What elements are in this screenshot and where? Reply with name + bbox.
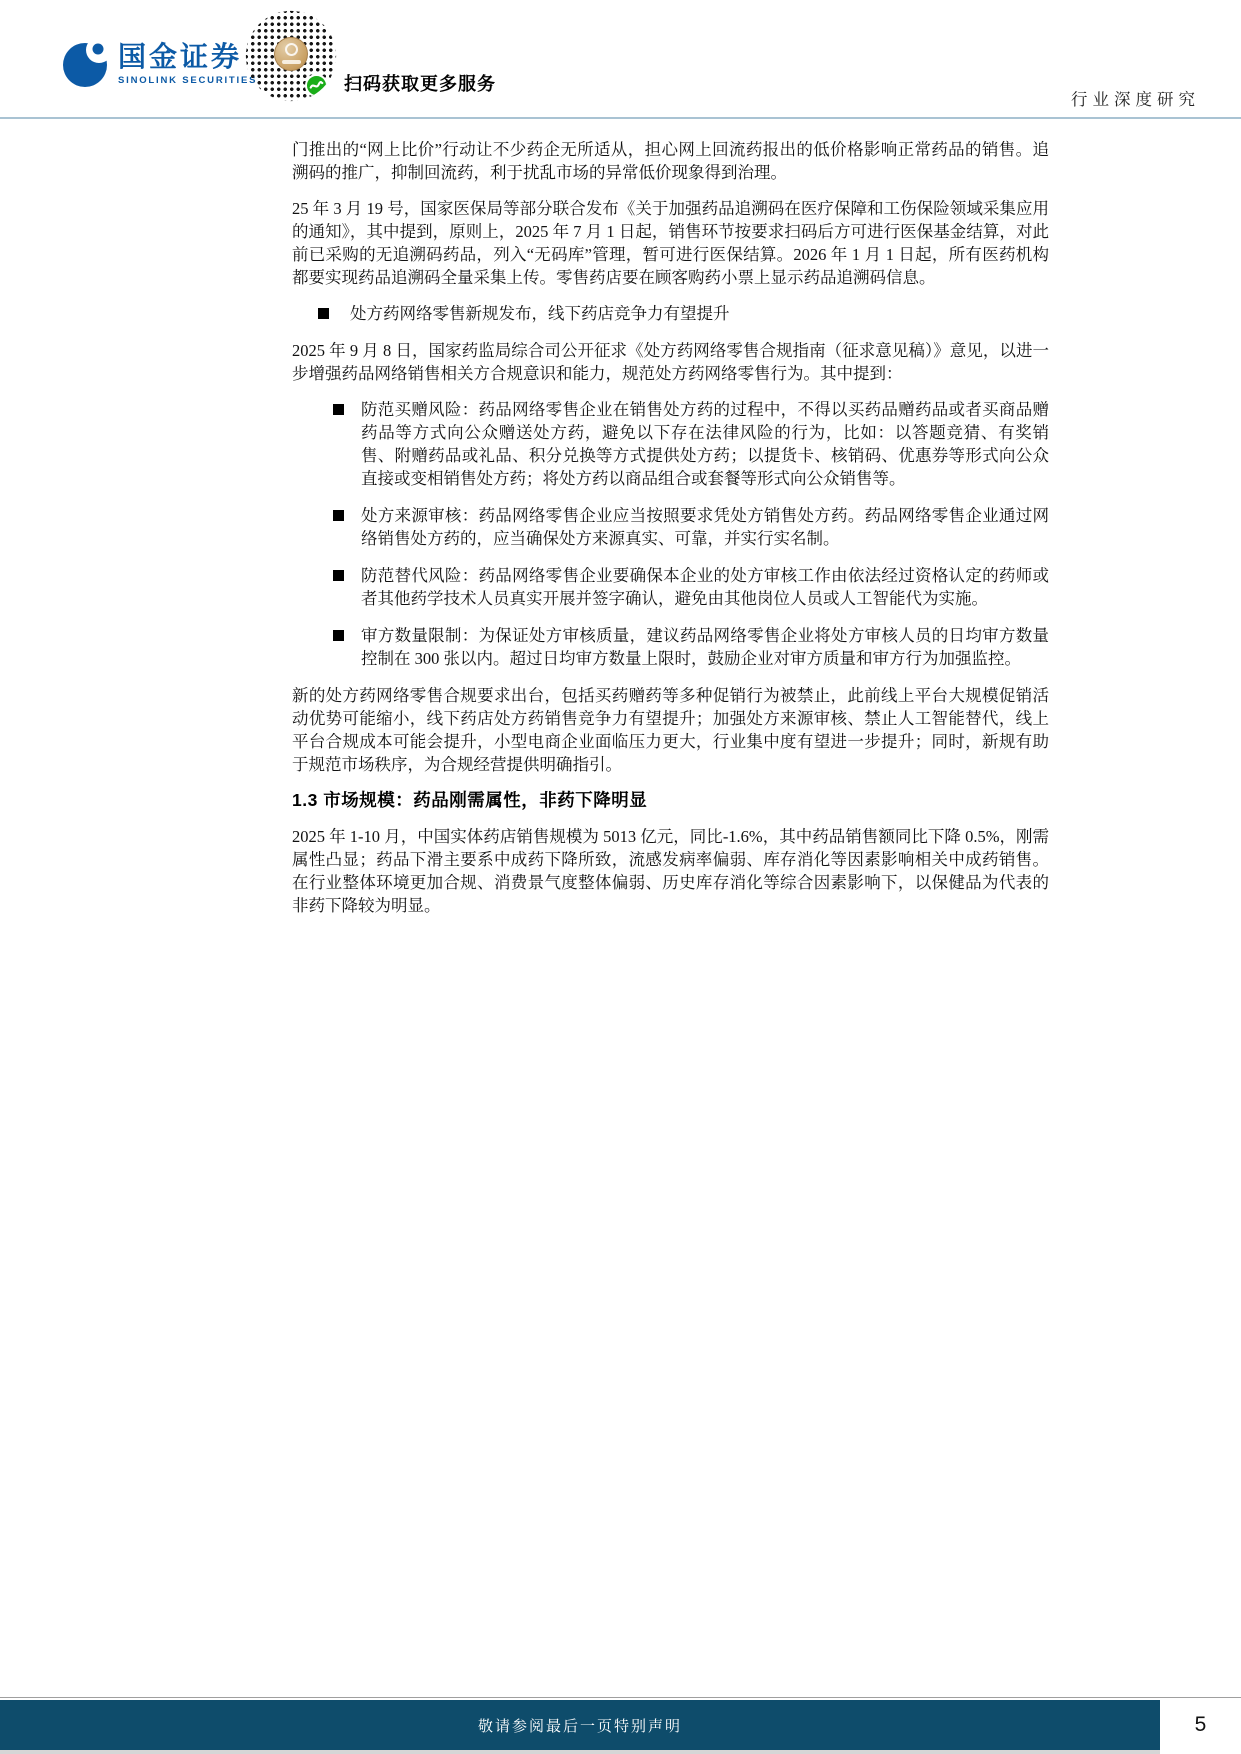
sub-bullet-row: 防范买赠风险：药品网络零售企业在销售处方药的过程中，不得以买药品赠药品或者买商品… [292,398,1049,490]
header-rule [0,117,1241,119]
wechat-icon [305,74,328,97]
sub-bullet-text: 处方来源审核：药品网络零售企业应当按照要求凭处方销售处方药。药品网络零售企业通过… [361,504,1049,550]
paragraph-carryover: 门推出的“网上比价”行动让不少药企无所适从，担心网上回流药报出的低价格影响正常药… [292,138,1049,184]
bullet-heading-row: 处方药网络零售新规发布，线下药店竞争力有望提升 [292,302,1049,325]
paragraph-guideline-intro: 2025 年 9 月 8 日，国家药监局综合司公开征求《处方药网络零售合规指南（… [292,339,1049,385]
sub-bullet-text: 防范买赠风险：药品网络零售企业在销售处方药的过程中，不得以买药品赠药品或者买商品… [361,398,1049,490]
footer-bar: 敬请参阅最后一页特别声明 [0,1700,1160,1750]
paragraph-market-size: 2025 年 1-10 月，中国实体药店销售规模为 5013 亿元，同比-1.6… [292,825,1049,917]
square-bullet-icon [318,308,329,319]
sinolink-logo-icon [62,40,110,88]
report-body: 门推出的“网上比价”行动让不少药企无所适从，担心网上回流药报出的低价格影响正常药… [292,138,1049,930]
report-page: 国金证券 SINOLINK SECURITIES 扫码获取更多服务 行业深度研究… [0,0,1241,1754]
qr-center-bar [282,60,301,64]
page-number: 5 [1160,1700,1241,1750]
logo-name-cn: 国金证券 [118,42,257,72]
qr-code-icon [243,8,339,104]
qr-center-logo-icon [274,37,308,71]
square-bullet-icon [333,570,344,581]
footer-rule [0,1697,1241,1698]
sub-bullet-text: 防范替代风险：药品网络零售企业要确保本企业的处方审核工作由依法经过资格认定的药师… [361,564,1049,610]
logo-name-en: SINOLINK SECURITIES [118,75,257,86]
sub-bullet-text: 审方数量限制：为保证处方审核质量，建议药品网络零售企业将处方审核人员的日均审方数… [361,624,1049,670]
footer-strip [0,1750,1160,1754]
qr-caption: 扫码获取更多服务 [344,70,496,96]
sub-bullet-row: 审方数量限制：为保证处方审核质量，建议药品网络零售企业将处方审核人员的日均审方数… [292,624,1049,670]
square-bullet-icon [333,630,344,641]
sinolink-logo: 国金证券 SINOLINK SECURITIES [62,40,257,88]
square-bullet-icon [333,510,344,521]
logo-text: 国金证券 SINOLINK SECURITIES [118,40,257,86]
sub-bullet-row: 防范替代风险：药品网络零售企业要确保本企业的处方审核工作由依法经过资格认定的药师… [292,564,1049,610]
paragraph-impact: 新的处方药网络零售合规要求出台，包括买药赠药等多种促销行为被禁止，此前线上平台大… [292,684,1049,776]
footer-disclaimer: 敬请参阅最后一页特别声明 [478,1715,682,1736]
section-heading: 1.3 市场规模：药品刚需属性，非药下降明显 [292,789,1049,812]
sub-bullet-row: 处方来源审核：药品网络零售企业应当按照要求凭处方销售处方药。药品网络零售企业通过… [292,504,1049,550]
bullet-heading-text: 处方药网络零售新规发布，线下药店竞争力有望提升 [350,302,1049,325]
qr-center-ring [285,43,298,56]
paragraph-tracecode: 25 年 3 月 19 号，国家医保局等部分联合发布《关于加强药品追溯码在医疗保… [292,197,1049,289]
square-bullet-icon [333,404,344,415]
report-type-label: 行业深度研究 [1071,86,1200,110]
